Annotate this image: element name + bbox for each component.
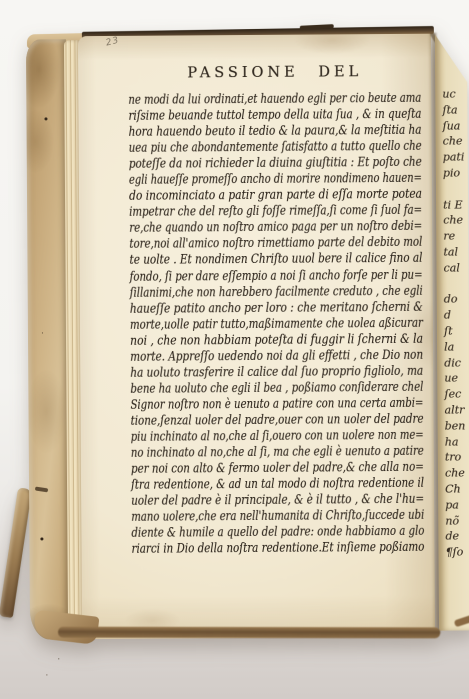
text-line: fondo, ſi per dare eſſempio a noi ſi anc… [130, 268, 362, 286]
facing-text-fragment: do [444, 292, 469, 308]
facing-text-fragment: cal [443, 260, 469, 276]
facing-page: ucſtaſuachepatipioti Echeretalcaldodſtla… [435, 34, 469, 630]
text-line: bene ha uoluto che egli il bea , poßiamo… [130, 380, 362, 398]
tie-attachment-slit [35, 486, 48, 492]
facing-text-fragment: ben [445, 418, 469, 434]
facing-text-fragment: la [444, 339, 469, 355]
running-title: PASSIONE DEL [128, 64, 421, 82]
pencil-page-number: 23 [105, 35, 121, 48]
photo-background: 23 PASSIONE DEL ne modi da lui ordinati,… [0, 0, 469, 699]
text-line: Signor noſtro non è uenuto a patire con … [130, 396, 362, 414]
text-line: ſtra redentione, & ad un tal modo di noſ… [131, 476, 366, 494]
text-line: no inchinato al no,che al ſi, ma che egl… [131, 444, 363, 462]
book: 23 PASSIONE DEL ne modi da lui ordinati,… [26, 24, 469, 649]
facing-text-fragment: pio [443, 165, 469, 181]
facing-text-fragments: ucſtaſuachepatipioti Echeretalcaldodſtla… [442, 86, 469, 560]
facing-text-fragment: dic [444, 355, 469, 371]
facing-text-fragment: ſta [442, 102, 469, 118]
text-line: mano uolere,che era nell'humanita di Chr… [131, 508, 362, 526]
text-line: uoler del padre è il principale, & è il … [131, 492, 369, 510]
text-line: poteſſe da noi richieder la diuina giuſt… [129, 155, 367, 173]
text-line: tione,ſenzal uoler del padre,ouer con un… [131, 412, 367, 430]
text-line: hora hauendo beuto il tedio & la paura,&… [129, 123, 369, 141]
text-line: morte,uolle patir tutto,maßimamente che … [130, 316, 363, 334]
facing-text-fragment: altr [444, 402, 469, 418]
facing-text-fragment: ſec [444, 387, 469, 403]
facing-text-fragment: ti E [443, 197, 469, 213]
facing-text-fragment: ſt [444, 323, 469, 339]
facing-text-fragment: tal [443, 244, 469, 260]
facing-text-fragment [444, 276, 469, 292]
vellum-specks [44, 117, 47, 120]
facing-text-fragment: d [444, 308, 469, 324]
left-page: 23 PASSIONE DEL ne modi da lui ordinati,… [78, 34, 435, 639]
text-line: re,che quando un noſtro amico paga per u… [129, 220, 362, 238]
facing-text-fragment: nõ [445, 513, 469, 529]
facing-text-fragment: ¶ſo [445, 545, 469, 561]
facing-text-fragment: pati [443, 150, 469, 166]
facing-text-fragment: pa [445, 497, 469, 513]
facing-text-fragment: che [445, 466, 469, 482]
text-line: noi , che non habbiam poteſta di fuggir … [130, 332, 377, 350]
text-line: haueſſe patito ancho per loro : che meri… [130, 300, 373, 318]
facing-text-fragment: tro [445, 450, 469, 466]
vellum-binding [26, 39, 70, 639]
text-line: piu inchinato al no,che al ſi,ouero con … [131, 428, 361, 446]
text-line: riſsime beuande tuttol tempo della uita … [128, 107, 364, 125]
text-line: per noi con alto & fermo uoler del padre… [131, 460, 367, 478]
binding-tie-strap [0, 487, 32, 618]
book-bottom-dark-edge [58, 627, 440, 639]
text-line: te uolte . Et nondimen Chriſto uuol bere… [129, 252, 368, 270]
facing-text-fragment [443, 181, 469, 197]
text-line: ne modi da lui ordinati,et hauendo egli … [128, 91, 358, 109]
facing-text-fragment: ſua [442, 118, 469, 134]
text-line: impetrar che del reſto gli foſſe rimeſſa… [129, 204, 362, 222]
text-line: riarci in Dio della noſtra redentione.Et… [131, 540, 368, 558]
text-block: ne modi da lui ordinati,et hauendo egli … [128, 91, 424, 558]
text-line: ſillanimi,che non harebbero facilmente c… [130, 284, 362, 302]
facing-text-fragment: Ch [445, 481, 469, 497]
facing-text-fragment: uc [442, 86, 469, 102]
text-line: tore,noi all'amico noſtro rimettiamo par… [129, 236, 362, 254]
text-line: do incominciato a patir gran parte di eſ… [129, 187, 373, 205]
facing-text-fragment: che [443, 134, 469, 150]
facing-text-fragment: ha [445, 434, 469, 450]
facing-text-fragment: re [443, 229, 469, 245]
facing-text-fragment: che [443, 213, 469, 229]
text-line: morte. Appreſſo uedendo noi da gli effet… [130, 348, 369, 366]
text-line: egli haueſſe promeſſo ancho di morire no… [129, 171, 356, 189]
text-line: uea piu che abondantemente ſatisfatto a … [129, 139, 362, 157]
text-line: diente & humile a quello del padre: onde… [131, 524, 363, 542]
facing-text-fragment: ue [444, 371, 469, 387]
text-line: ha uoluto trasferire il calice dal ſuo p… [130, 364, 370, 382]
facing-text-fragment: de [445, 529, 469, 545]
